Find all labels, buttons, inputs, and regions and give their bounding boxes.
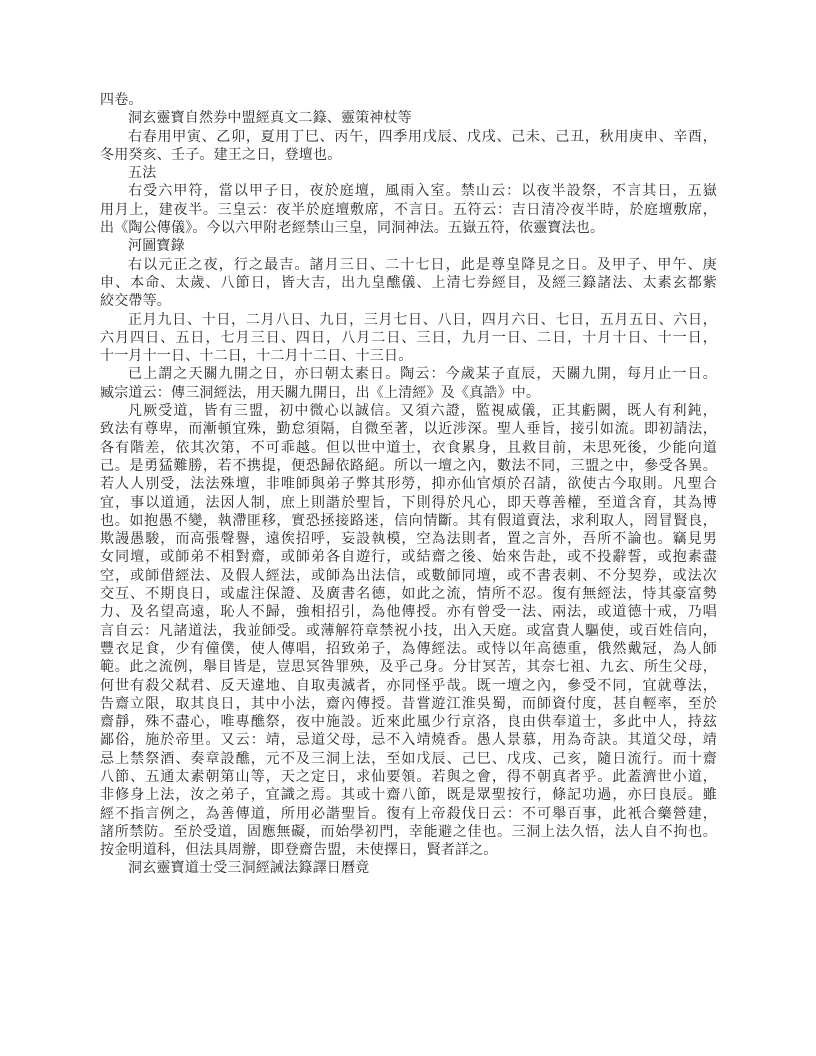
text-line: 告齋立限，取其良日，其中小法，齋內傳授。昔嘗遊江淮吳蜀，而師資付度，甚自輕率，至… [100,696,717,714]
text-line: 非修身上法，汝之弟子，宜識之焉。其或十齋八節，既是眾聖按行，條記功過，亦曰良辰。… [100,787,717,805]
text-line: 十一月十一日、十二日，十二月十二日、十三日。 [100,348,717,366]
text-line: 五法 [100,165,717,183]
text-line: 絞交帶等。 [100,293,717,311]
text-line: 女同壇，或師弟不相對齋，或師弟各自遊行，或結齋之後、始來告赴，或不投辭誓，或抱素… [100,549,717,567]
text-line: 諸所禁防。至於受道，固應無礙，而始學初門，幸能避之佳也。三洞上法久悟，法人自不拘… [100,824,717,842]
text-line: 四卷。 [100,92,717,110]
text-line: 齋靜，殊不盡心，唯專醮祭，夜中施設。近來此風少行京洛，良由供奉道士，多此中人，持… [100,714,717,732]
text-line: 右春用甲寅、乙卯，夏用丁巳、丙午，四季用戊辰、戊戌、己未、己丑，秋用庚申、辛酉， [100,129,717,147]
text-line: 空，或師借經法、及假人經法，或師為出法信，或數師同壇，或不書表刺、不分契券，或法… [100,568,717,586]
text-line: 出《陶公傳儀》。今以六甲附老經禁山三皇，同洞神法。五嶽五符，依靈寶法也。 [100,220,717,238]
text-line: 鄙俗，施於帝里。又云：靖，忌道父母，忌不入靖燒香。愚人景慕，用為奇訣。其道父母，… [100,732,717,750]
text-line: 臧宗道云：傳三洞經法，用天關九開日，出《上清經》及《真誥》中。 [100,385,717,403]
text-line: 宜，事以道通，法因人制，庶上則諧於聖旨，下則得於凡心，即天尊善權，至道含育，其為… [100,495,717,513]
text-line: 洞玄靈寶自然券中盟經真文二籙、靈策神杖等 [100,110,717,128]
document-page: 四卷。洞玄靈寶自然券中盟經真文二籙、靈策神杖等右春用甲寅、乙卯，夏用丁巳、丙午，… [0,0,816,1056]
text-line: 己。是勇猛難勝，若不携提，便恐歸依路絕。所以一壇之內，數法不同，三盟之中，參受各… [100,458,717,476]
text-line: 若人人別受，法法殊壇，非唯師與弟子弊其形勞，抑亦仙官煩於召請，欲使古今取則。凡聖… [100,476,717,494]
document-text-block: 四卷。洞玄靈寶自然券中盟經真文二籙、靈策神杖等右春用甲寅、乙卯，夏用丁巳、丙午，… [100,92,717,879]
text-line: 洞玄靈寶道士受三洞經誡法籙譯日曆竟 [100,860,717,878]
text-line: 六月四日、五日，七月三日、四日，八月二日、三日，九月一日、二日，十月十日、十一日… [100,330,717,348]
text-line: 冬用癸亥、壬子。建王之日，登壇也。 [100,147,717,165]
text-line: 右以元正之夜，行之最吉。諸月三日、二十七日，此是尊皇降見之日。及甲子、甲午、庚 [100,257,717,275]
text-line: 忌上禁祭酒、奏章設醮，元不及三洞上法，至如戊辰、己巳、戊戌、己亥，隨日流行。而十… [100,751,717,769]
text-line: 言自云：凡諸道法，我並師受。或薄解符章禁祝小技，出入天庭。或富貴人驅使，或百姓信… [100,623,717,641]
text-line: 申、本命、太歲、八節日，皆大吉，出九皇醮儀、上清七券經目，及經三籙諸法、太素玄都… [100,275,717,293]
text-line: 按金明道科，但法具周辦，即登齋告盟，未使擇日，賢者詳之。 [100,842,717,860]
text-line: 交互、不期良日，或虛注保證、及廣書名德，如此之流，情所不忍。復有無經法，恃其豪富… [100,586,717,604]
text-line: 各有階差，依其次第，不可乖越。但以世中道士，衣食累身，且救目前，未思死後，少能向… [100,440,717,458]
text-line: 也。如抱愚不變，執滯匪移，實恐拯接路迷，信向情斷。其有假道賣法，求利取人，罔冒賢… [100,513,717,531]
text-line: 經不指言例之，為善傳道，所用必諧聖旨。復有上帝殺伐日云：不可舉百事，此衹合藥營建… [100,806,717,824]
text-line: 用月上，建夜半。三皇云：夜半於庭壇敷席，不言日。五符云：吉日清冷夜半時，於庭壇敷… [100,202,717,220]
text-line: 凡厥受道，皆有三盟，初中微心以誠信。又須六證，監視威儀，正其虧闕，既人有利鈍， [100,403,717,421]
text-line: 致法有尊卑，而漸頓宜殊，勤怠須隔，自微至著，以近涉深。聖人垂旨，接引如流。即初請… [100,421,717,439]
text-line: 正月九日、十日，二月八日、九日，三月七日、八日，四月六日、七日，五月五日、六日， [100,312,717,330]
text-line: 力、及名望高遠，恥人不歸，強相招引，為他傳授。亦有曾受一法、兩法，或道德十戒，乃… [100,604,717,622]
text-line: 已上謂之天關九開之日，亦曰朝太素日。陶云：今歲某子直辰，天關九開，每月止一日。 [100,366,717,384]
text-line: 八節、五通太素朝第山等，天之定日，求仙要領。若與之會，得不朝真者乎。此蓋濟世小道… [100,769,717,787]
text-line: 河圖寶錄 [100,238,717,256]
text-line: 何世有殺父弒君、反天違地、自取夷滅者，亦同怪乎哉。既一壇之內，參受不同，宜就尊法… [100,678,717,696]
text-line: 欺謾愚駿，而高張聲譽，遠俟招呼，妄設執模，空為法則者，置之言外，吾所不論也。竊見… [100,531,717,549]
text-line: 豐衣足食，少有僮僕，使人傳唱，招致弟子，為傳經法。或恃以年高德重，俄然戴冠，為人… [100,641,717,659]
text-line: 右受六甲符，當以甲子日，夜於庭壇，風雨入室。禁山云：以夜半設祭，不言其日，五嶽 [100,183,717,201]
text-line: 範。此之流例，舉目皆是，豈思冥咎罪殃，及乎己身。分甘冥苦，其奈七祖、九玄、所生父… [100,659,717,677]
